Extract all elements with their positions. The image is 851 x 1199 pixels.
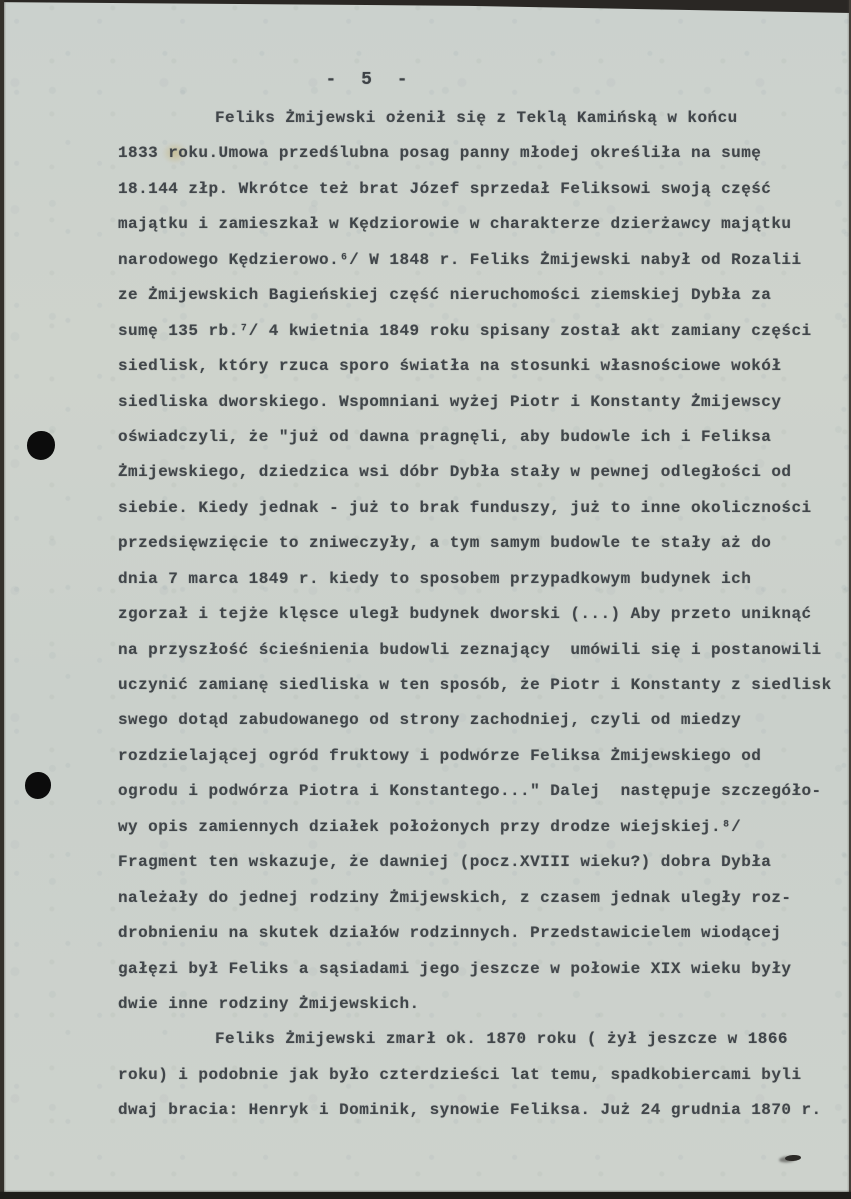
scanned-document-page: - 5 - Feliks Żmijewski ożenił się z Tekl… xyxy=(0,0,851,1199)
text-line: majątku i zamieszkał w Kędziorowie w cha… xyxy=(118,207,833,242)
text-line: dwaj bracia: Henryk i Dominik, synowie F… xyxy=(118,1093,833,1128)
text-line: swego dotąd zabudowanego od strony zacho… xyxy=(118,703,833,738)
scan-edge-bottom xyxy=(0,1190,851,1199)
text-line: narodowego Kędzierowo.⁶/ W 1848 r. Felik… xyxy=(118,243,833,278)
text-line: na przyszłość ścieśnienia budowli zeznaj… xyxy=(118,633,833,668)
text-line: drobnieniu na skutek działów rodzinnych.… xyxy=(118,916,833,951)
punch-hole-top xyxy=(27,431,55,460)
text-line: Feliks Żmijewski zmarł ok. 1870 roku ( ż… xyxy=(118,1022,833,1057)
text-line: siebie. Kiedy jednak - już to brak fundu… xyxy=(118,491,833,526)
scan-edge-top xyxy=(0,0,851,13)
text-line: wy opis zamiennych działek położonych pr… xyxy=(118,810,833,845)
text-line: sumę 135 rb.⁷/ 4 kwietnia 1849 roku spis… xyxy=(118,314,833,349)
text-line: 1833 roku.Umowa przedślubna posag panny … xyxy=(118,136,833,171)
text-line: siedlisk, który rzuca sporo światła na s… xyxy=(118,349,833,384)
text-line: ogrodu i podwórza Piotra i Konstantego..… xyxy=(118,774,833,809)
scan-edge-right xyxy=(847,0,851,1199)
text-line: roku) i podobnie jak było czterdzieści l… xyxy=(118,1058,833,1093)
page-number: - 5 - xyxy=(300,70,440,90)
text-line: Feliks Żmijewski ożenił się z Teklą Kami… xyxy=(118,101,833,136)
text-line: Żmijewskiego, dziedzica wsi dóbr Dybła s… xyxy=(118,455,833,490)
punch-hole-bottom xyxy=(25,772,51,799)
text-line: oświadczyli, że "już od dawna pragnęli, … xyxy=(118,420,833,455)
text-line: zgorzał i tejże klęsce uległ budynek dwo… xyxy=(118,597,833,632)
text-line: dwie inne rodziny Żmijewskich. xyxy=(118,987,833,1022)
text-line: rozdzielającej ogród fruktowy i podwórze… xyxy=(118,739,833,774)
typed-lines: Feliks Żmijewski ożenił się z Teklą Kami… xyxy=(118,101,833,1129)
text-line: uczynić zamianę siedliska w ten sposób, … xyxy=(118,668,833,703)
text-line: 18.144 złp. Wkrótce też brat Józef sprze… xyxy=(118,172,833,207)
text-line: ze Żmijewskich Bagieńskiej część nieruch… xyxy=(118,278,833,313)
text-line: gałęzi był Feliks a sąsiadami jego jeszc… xyxy=(118,952,833,987)
text-line: dnia 7 marca 1849 r. kiedy to sposobem p… xyxy=(118,562,833,597)
ink-smudge xyxy=(785,1154,801,1161)
text-line: Fragment ten wskazuje, że dawniej (pocz.… xyxy=(118,845,833,880)
text-line: siedliska dworskiego. Wspomniani wyżej P… xyxy=(118,385,833,420)
scan-edge-left xyxy=(0,0,6,1199)
text-line: należały do jednej rodziny Żmijewskich, … xyxy=(118,881,833,916)
text-line: przedsięwzięcie to zniweczyły, a tym sam… xyxy=(118,526,833,561)
